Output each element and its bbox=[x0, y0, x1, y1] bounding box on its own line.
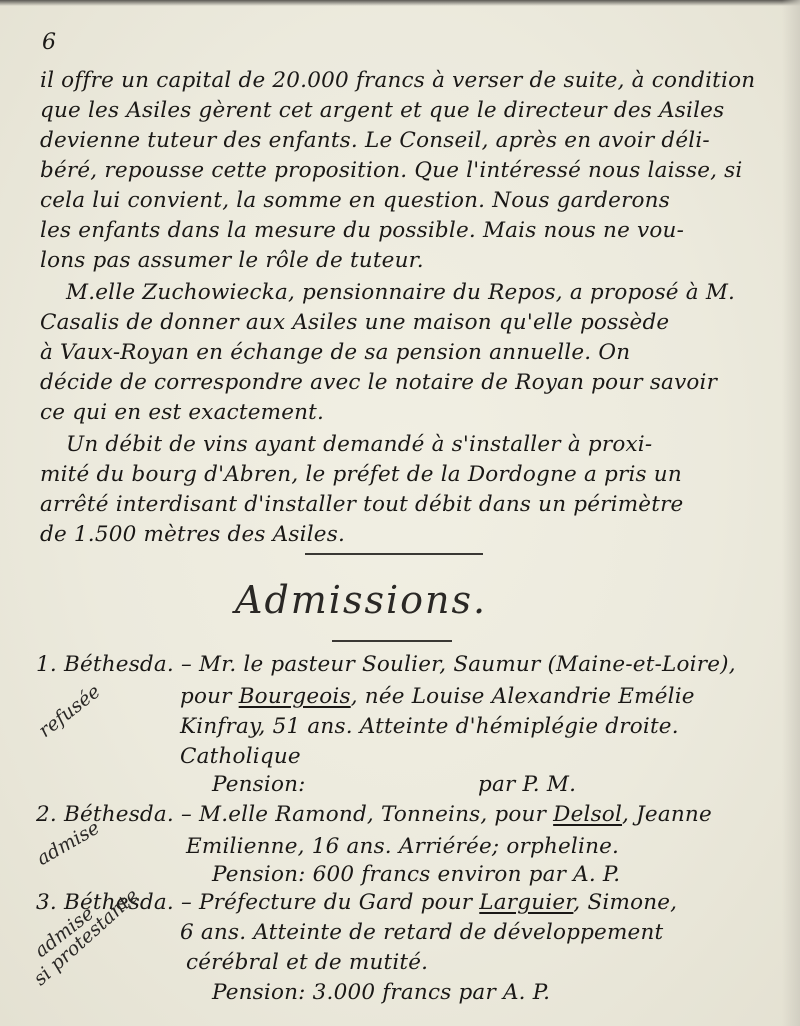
pension-label: Pension: bbox=[212, 862, 306, 887]
text-line: à Vaux-Royan en échange de sa pension an… bbox=[40, 340, 630, 365]
text-line: décide de correspondre avec le notaire d… bbox=[40, 370, 717, 395]
text-line: les enfants dans la mesure du possible. … bbox=[40, 218, 684, 243]
admission-entry-3-pension: Pension: 3.000 francs par A. P. bbox=[212, 980, 550, 1005]
text-line: devienne tuteur des enfants. Le Conseil,… bbox=[40, 128, 710, 153]
entry-referrer: – Préfecture du Gard pour bbox=[181, 890, 472, 915]
text-fragment: pour bbox=[180, 684, 232, 709]
section-divider-bottom bbox=[332, 640, 452, 642]
patient-surname: Delsol bbox=[553, 802, 622, 827]
admission-entry-1-line-4: Catholique bbox=[180, 744, 301, 769]
admission-entry-2-line-2: Emilienne, 16 ans. Arriérée; orpheline. bbox=[186, 834, 619, 859]
entry-referrer: – Mr. le pasteur Soulier, Saumur (Maine-… bbox=[181, 652, 736, 677]
admission-entry-1-line-2: pour Bourgeois, née Louise Alexandrie Em… bbox=[180, 684, 695, 709]
text-fragment: , née Louise Alexandrie Emélie bbox=[351, 684, 695, 709]
page-number: 6 bbox=[42, 30, 56, 55]
admission-entry-1-header: 1. Béthesda. – Mr. le pasteur Soulier, S… bbox=[36, 652, 736, 677]
pension-value: 600 francs environ par A. P. bbox=[313, 862, 621, 887]
entry-number: 1. bbox=[36, 652, 57, 677]
entry-referrer: – M.elle Ramond, Tonneins, pour bbox=[181, 802, 546, 827]
entry-house: Béthesda. bbox=[64, 652, 174, 677]
text-line: béré, repousse cette proposition. Que l'… bbox=[40, 158, 743, 183]
text-fragment: , Simone, bbox=[573, 890, 677, 915]
pension-value: 3.000 francs par A. P. bbox=[313, 980, 550, 1005]
entry-number: 3. bbox=[36, 890, 57, 915]
text-line: lons pas assumer le rôle de tuteur. bbox=[40, 248, 424, 273]
admission-entry-1-line-3: Kinfray, 51 ans. Atteinte d'hémiplégie d… bbox=[180, 714, 679, 739]
text-line: il offre un capital de 20.000 francs à v… bbox=[40, 68, 755, 93]
text-line: M.elle Zuchowiecka, pensionnaire du Repo… bbox=[66, 280, 735, 305]
admission-entry-2-pension: Pension: 600 francs environ par A. P. bbox=[212, 862, 620, 887]
patient-surname: Bourgeois bbox=[239, 684, 351, 709]
text-line: de 1.500 mètres des Asiles. bbox=[40, 522, 345, 547]
pension-label: Pension: bbox=[212, 980, 306, 1005]
text-line: Casalis de donner aux Asiles une maison … bbox=[40, 310, 669, 335]
text-line: mité du bourg d'Abren, le préfet de la D… bbox=[40, 462, 682, 487]
text-line: ce qui en est exactement. bbox=[40, 400, 324, 425]
section-title-admissions: Admissions. bbox=[235, 578, 487, 622]
text-line: cela lui convient, la somme en question.… bbox=[40, 188, 670, 213]
entry-number: 2. bbox=[36, 802, 57, 827]
admission-entry-1-pension-value: par P. M. bbox=[478, 772, 576, 797]
text-line: que les Asiles gèrent cet argent et que … bbox=[40, 98, 724, 123]
document-page: 6 il offre un capital de 20.000 francs à… bbox=[0, 0, 800, 1026]
text-line: arrêté interdisant d'installer tout débi… bbox=[40, 492, 683, 517]
admission-entry-3-line-3: cérébral et de mutité. bbox=[186, 950, 428, 975]
admission-entry-2-header: 2. Béthesda. – M.elle Ramond, Tonneins, … bbox=[36, 802, 712, 827]
patient-surname: Larguier bbox=[479, 890, 573, 915]
text-line: Un débit de vins ayant demandé à s'insta… bbox=[66, 432, 652, 457]
section-divider-top bbox=[305, 553, 483, 555]
admission-entry-3-line-2: 6 ans. Atteinte de retard de développeme… bbox=[180, 920, 663, 945]
text-fragment: , Jeanne bbox=[622, 802, 712, 827]
decision-note-refusee: refusée bbox=[34, 680, 104, 742]
admission-entry-1-pension-label: Pension: bbox=[212, 772, 306, 797]
